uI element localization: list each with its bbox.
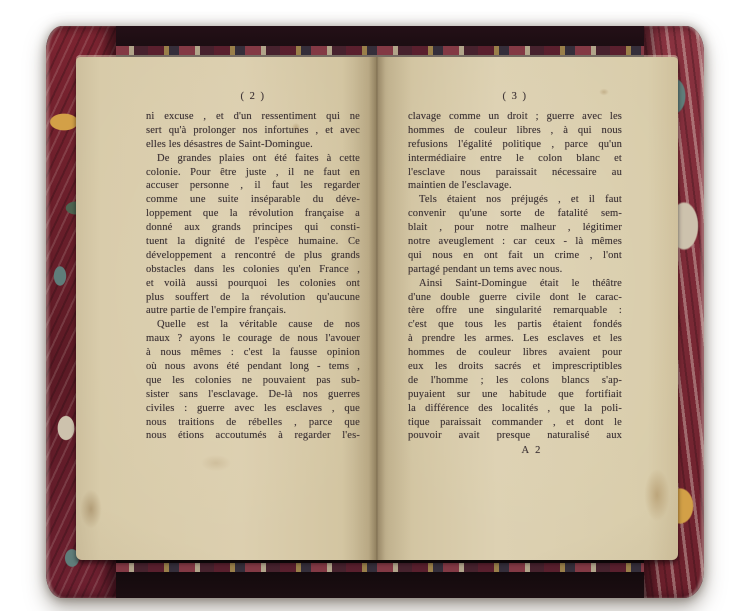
text-line: donné aux grands principes qui consti- [146,221,360,235]
signature-mark: A 2 [408,444,622,458]
text-line: à prendre les armes. Les esclaves et les [408,332,622,346]
text-line: l'esclave nous paraissait nécessaire au [408,166,622,180]
right-page-lines: clavage comme un droit ; guerre avec les… [408,110,622,443]
text-line: comme une suite inséparable du déve- [146,193,360,207]
text-line: de l'homme ; les colons blancs s'ap- [408,374,622,388]
page-spread: ( 2 ) ni excuse , et d'un ressentiment q… [76,57,678,560]
foxing-stain [196,452,236,474]
text-line: la différence des localités , que la pol… [408,402,622,416]
text-line: que les colonies ne pouvaient pas sub- [146,374,360,388]
text-line: où nous avons été pendant long - tems , [146,360,360,374]
text-line: accuser personne , il faut les regarder [146,179,360,193]
right-page: ( 3 ) clavage comme un droit ; guerre av… [377,57,678,560]
text-line: nous étions accoutumés à regarder l'es- [146,429,360,443]
text-line: clavage comme un droit ; guerre avec les [408,110,622,124]
page-edge-top [82,46,674,55]
text-line: maintien de l'esclavage. [408,179,622,193]
text-line: c'est que tous les partis étaient fondés [408,318,622,332]
text-line: eux les droits sacrés et imprescriptible… [408,360,622,374]
text-line: intermédiaire entre le colon blanc et [408,152,622,166]
text-line: et voilà aussi pourquoi les colonies ont [146,277,360,291]
text-line: qui nous en ont fait un crime , l'ont [408,249,622,263]
foxing-stain [640,460,674,530]
text-line: Quelle est la véritable cause de nos [146,318,360,332]
text-line: hommes de couleur libres avaient pour [408,346,622,360]
text-line: partagé pendant un tems avec nous. [408,263,622,277]
text-line: Ainsi Saint-Domingue était le théâtre [408,277,622,291]
text-line: d'une double guerre civile dont le carac… [408,291,622,305]
left-page-lines: ni excuse , et d'un ressentiment qui nes… [146,110,360,443]
text-line: maux ? ayons le courage de nous l'avouer [146,332,360,346]
right-text-block: ( 3 ) clavage comme un droit ; guerre av… [408,90,622,458]
text-line: notre aveuglement : car ceux - là mêmes [408,235,622,249]
foxing-stain [76,482,106,536]
text-line: De grandes plaies ont été faites à cette [146,152,360,166]
text-line: obstacles dans les colonies qu'en France… [146,263,360,277]
text-line: développement a rencontré de plus grands [146,249,360,263]
text-line: tique paraissait commander , et dont le [408,416,622,430]
page-edge-bottom [82,563,674,572]
left-page: ( 2 ) ni excuse , et d'un ressentiment q… [76,57,377,560]
text-line: tuent la dignité de l'espèce humaine. Ce [146,235,360,249]
text-line: sister sans l'esclavage. De-là nos guerr… [146,388,360,402]
text-line: nous traitions de rébelles , parce que [146,416,360,430]
text-line: hommes de couleur libres , à qui nous [408,124,622,138]
text-line: elles les désastres de Saint-Domingue. [146,138,360,152]
text-line: tère offre une singularité remarquable : [408,304,622,318]
text-line: civiles : guerre avec les esclaves , que [146,402,360,416]
text-line: refusions l'égalité politique , parce qu… [408,138,622,152]
text-line: convenir qu'une sorte de fatalité sem- [408,207,622,221]
text-line: autre partie de l'empire français. [146,304,360,318]
left-text-block: ( 2 ) ni excuse , et d'un ressentiment q… [146,90,360,443]
page-number-right: ( 3 ) [408,90,622,104]
page-number-left: ( 2 ) [146,90,360,104]
photo-background: ( 2 ) ni excuse , et d'un ressentiment q… [0,0,750,611]
text-line: loppement que la révolution française a [146,207,360,221]
text-line: ni excuse , et d'un ressentiment qui ne [146,110,360,124]
text-line: plus souffert de la révolution qu'aucune [146,291,360,305]
text-line: colonie. Pour être juste , il ne faut en [146,166,360,180]
text-line: blait , pour notre malheur , légitimer [408,221,622,235]
book: ( 2 ) ni excuse , et d'un ressentiment q… [46,26,704,598]
text-line: à nous mêmes : c'est la fausse opinion [146,346,360,360]
text-line: pouvoir avait presque naturalisé aux [408,429,622,443]
text-line: sert qu'à prolonger nos infortunes , et … [146,124,360,138]
text-line: Tels étaient nos préjugés , et il faut [408,193,622,207]
text-line: puyaient sur une habitude que fortifiait [408,388,622,402]
